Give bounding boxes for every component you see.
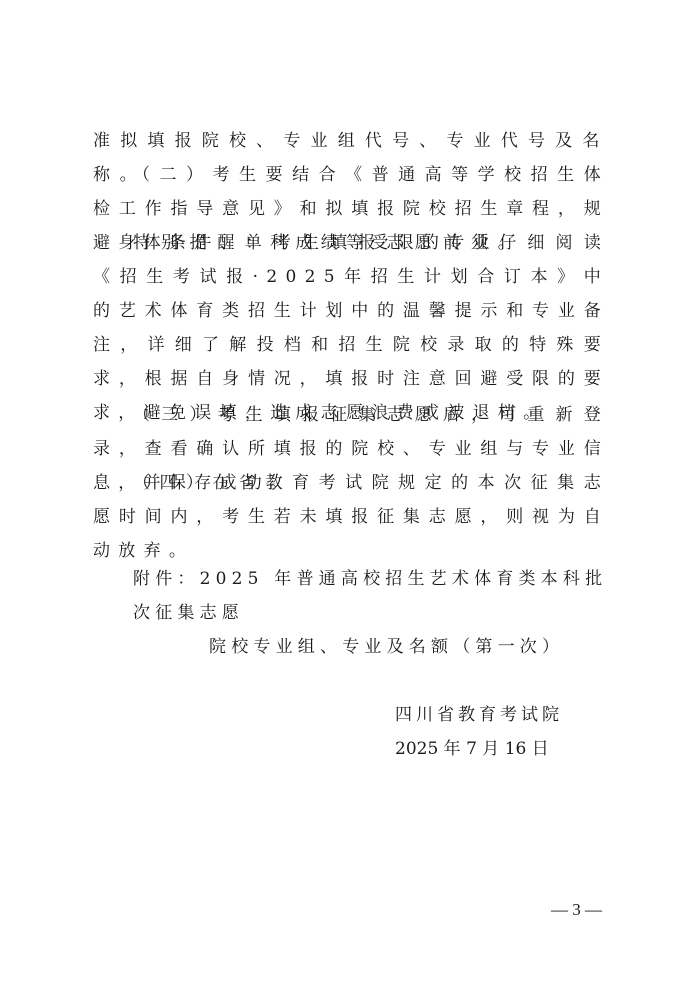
signature-block: 四川省教育考试院 2025 年 7 月 16 日 [395, 698, 563, 766]
paragraph-text: （四）在省教育考试院规定的本次征集志愿时间内，考生若未填报征集志愿，则视为自动放… [93, 466, 609, 568]
attachment-note: 附件：2025 年普通高校招生艺术体育类本科批次征集志愿 院校专业组、专业及名额… [133, 562, 613, 664]
attachment-line-2: 院校专业组、专业及名额（第一次） [133, 630, 613, 664]
document-page: 准拟填报院校、专业组代号、专业代号及名称。 （二）考生要结合《普通高等学校招生体… [0, 0, 699, 989]
page-number: — 3 — [551, 900, 602, 920]
paragraph-item-4: （四）在省教育考试院规定的本次征集志愿时间内，考生若未填报征集志愿，则视为自动放… [93, 466, 609, 568]
signature-date: 2025 年 7 月 16 日 [395, 732, 563, 766]
attachment-title-1: 2025 年普通高校招生艺术体育类本科批次征集志愿 [133, 569, 607, 623]
signature-org: 四川省教育考试院 [395, 698, 563, 732]
attachment-label: 附件： [133, 569, 200, 589]
attachment-line-1: 附件：2025 年普通高校招生艺术体育类本科批次征集志愿 [133, 562, 613, 630]
